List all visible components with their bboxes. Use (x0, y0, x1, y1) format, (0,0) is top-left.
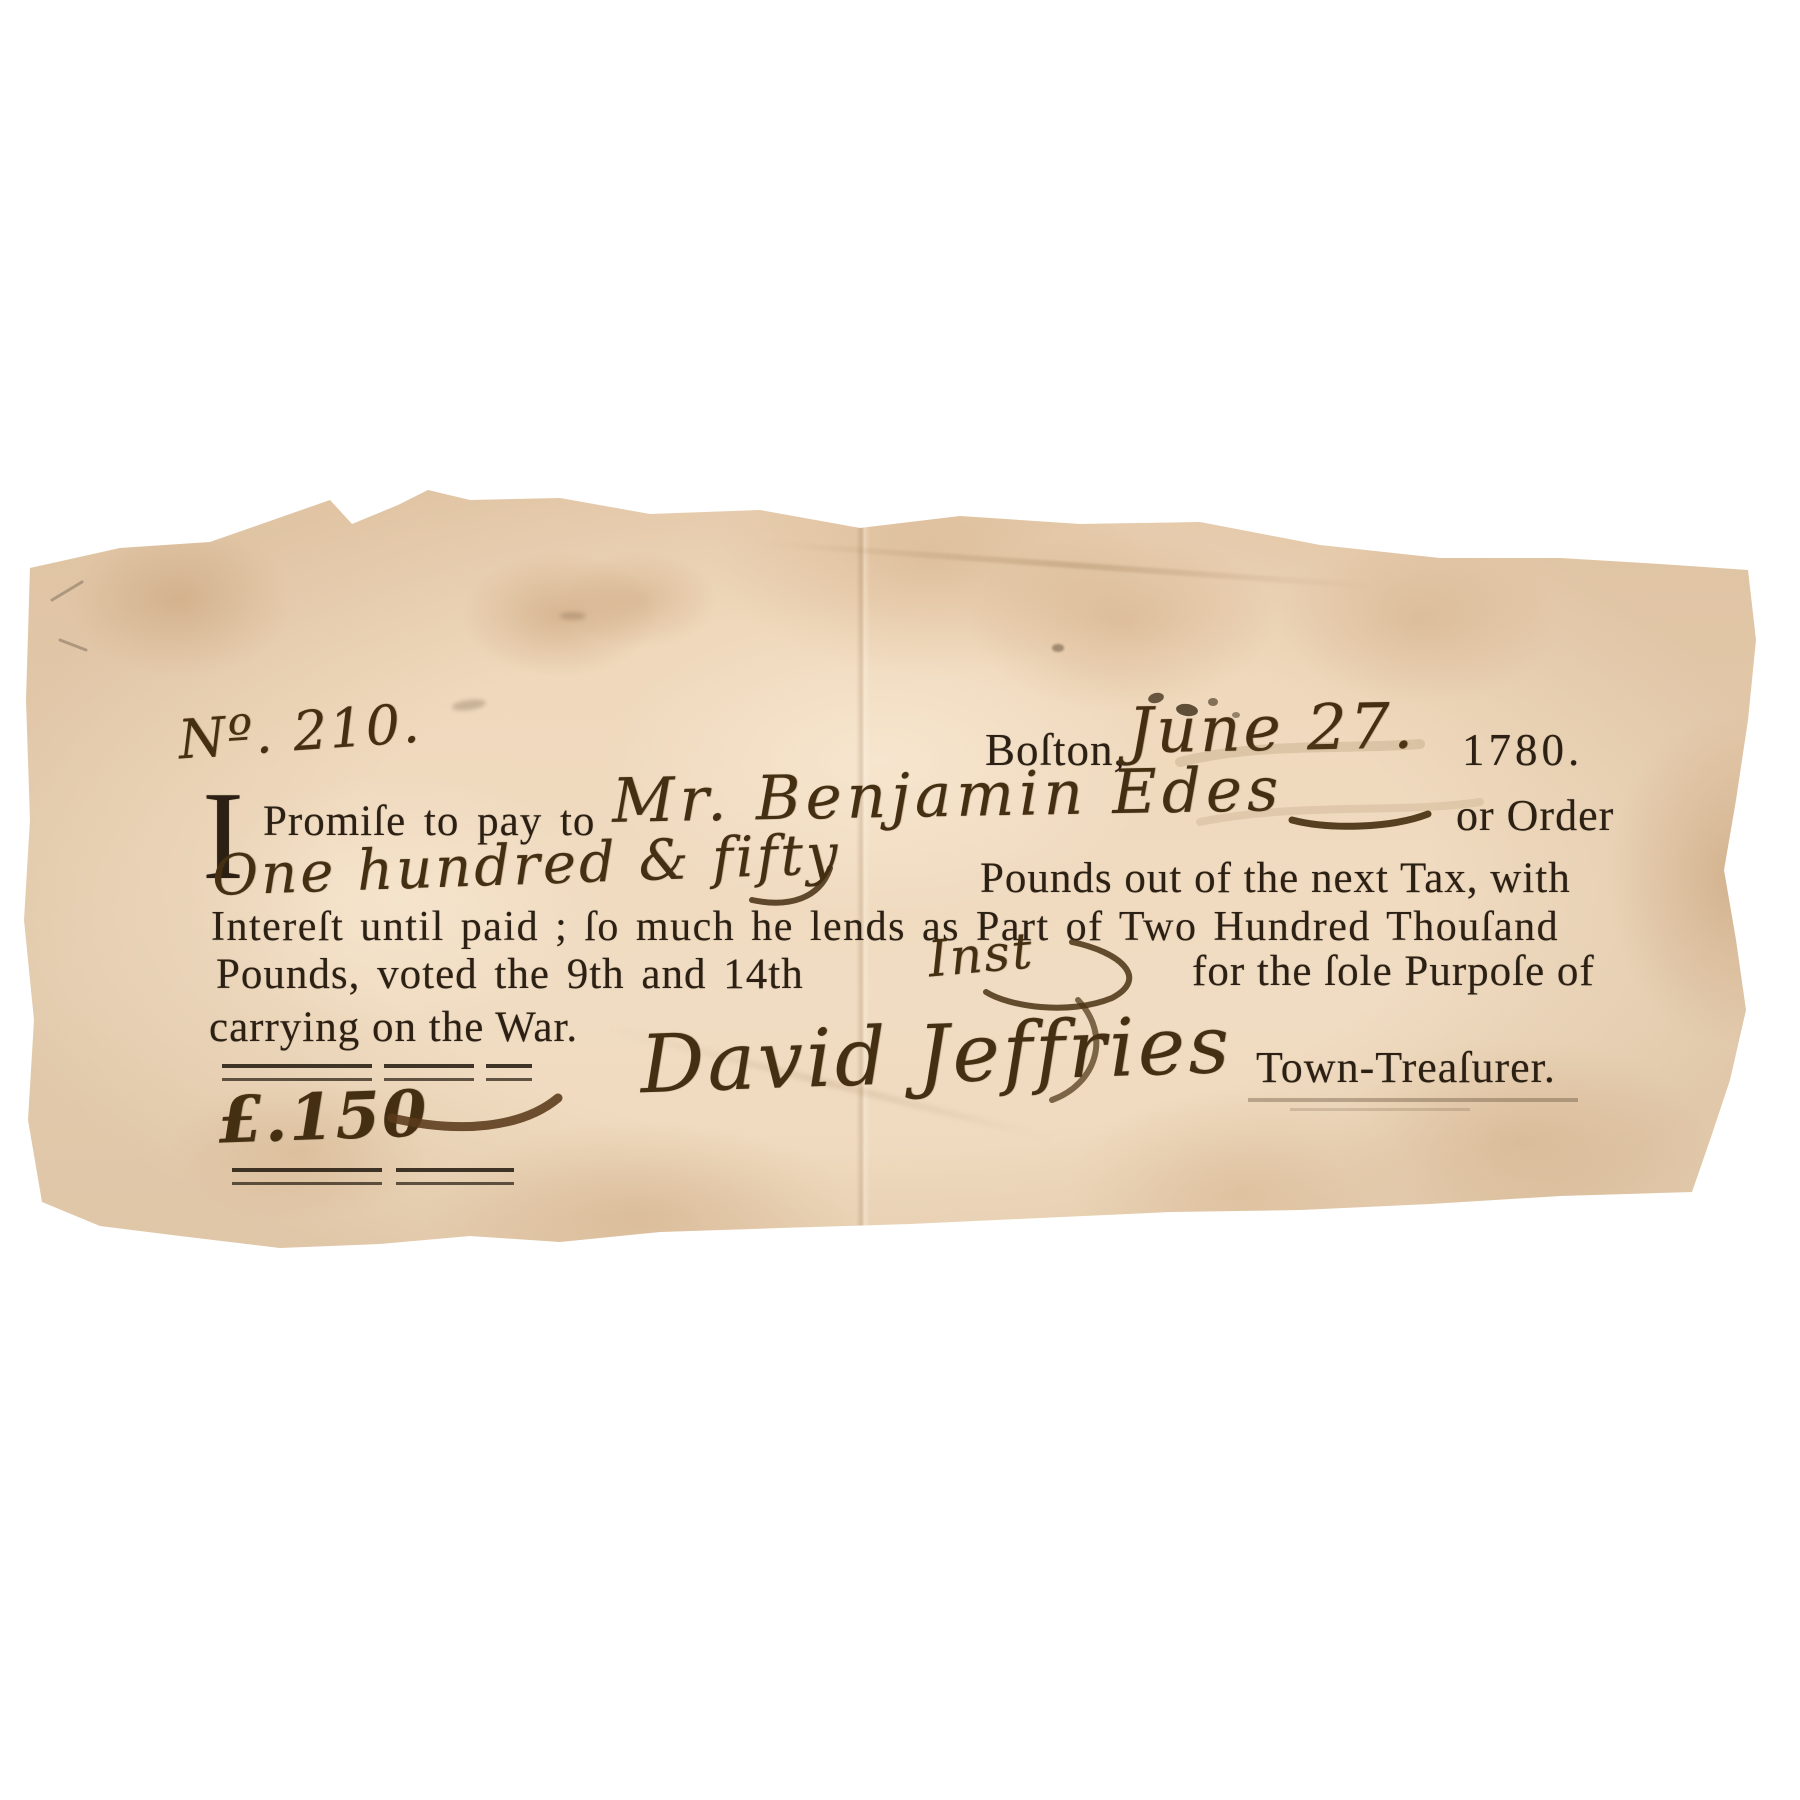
interest-line: Intereſt until paid ; ſo much he lends a… (211, 903, 1559, 951)
upper-rule-segment (486, 1064, 532, 1081)
signer-title-label: Town-Treaſurer. (1256, 1042, 1556, 1093)
fold-crease-vertical (856, 524, 870, 1230)
ink-smudge (451, 698, 486, 713)
month-abbreviation: Inst (926, 922, 1036, 989)
ink-smudge (560, 612, 586, 620)
voted-line: Pounds, voted the 9th and 14th (216, 950, 804, 999)
lower-rule-segment (232, 1168, 382, 1185)
tax-line: Pounds out of the next Tax, with (980, 854, 1571, 903)
amount-in-figures: £.150 (217, 1076, 430, 1158)
year-label: 1780. (1462, 724, 1583, 776)
upper-rule-segment (222, 1064, 372, 1081)
upper-rule-segment (384, 1064, 474, 1081)
or-order-label: or Order (1456, 790, 1614, 841)
purpose-line: for the ſole Purpoſe of (1192, 947, 1595, 996)
crease-top-right (761, 540, 1380, 589)
payee-name: Mr. Benjamin Edes (611, 754, 1283, 837)
ink-spot (1052, 644, 1064, 652)
lower-rule-segment (396, 1168, 514, 1185)
war-line: carrying on the War. (209, 1003, 578, 1052)
